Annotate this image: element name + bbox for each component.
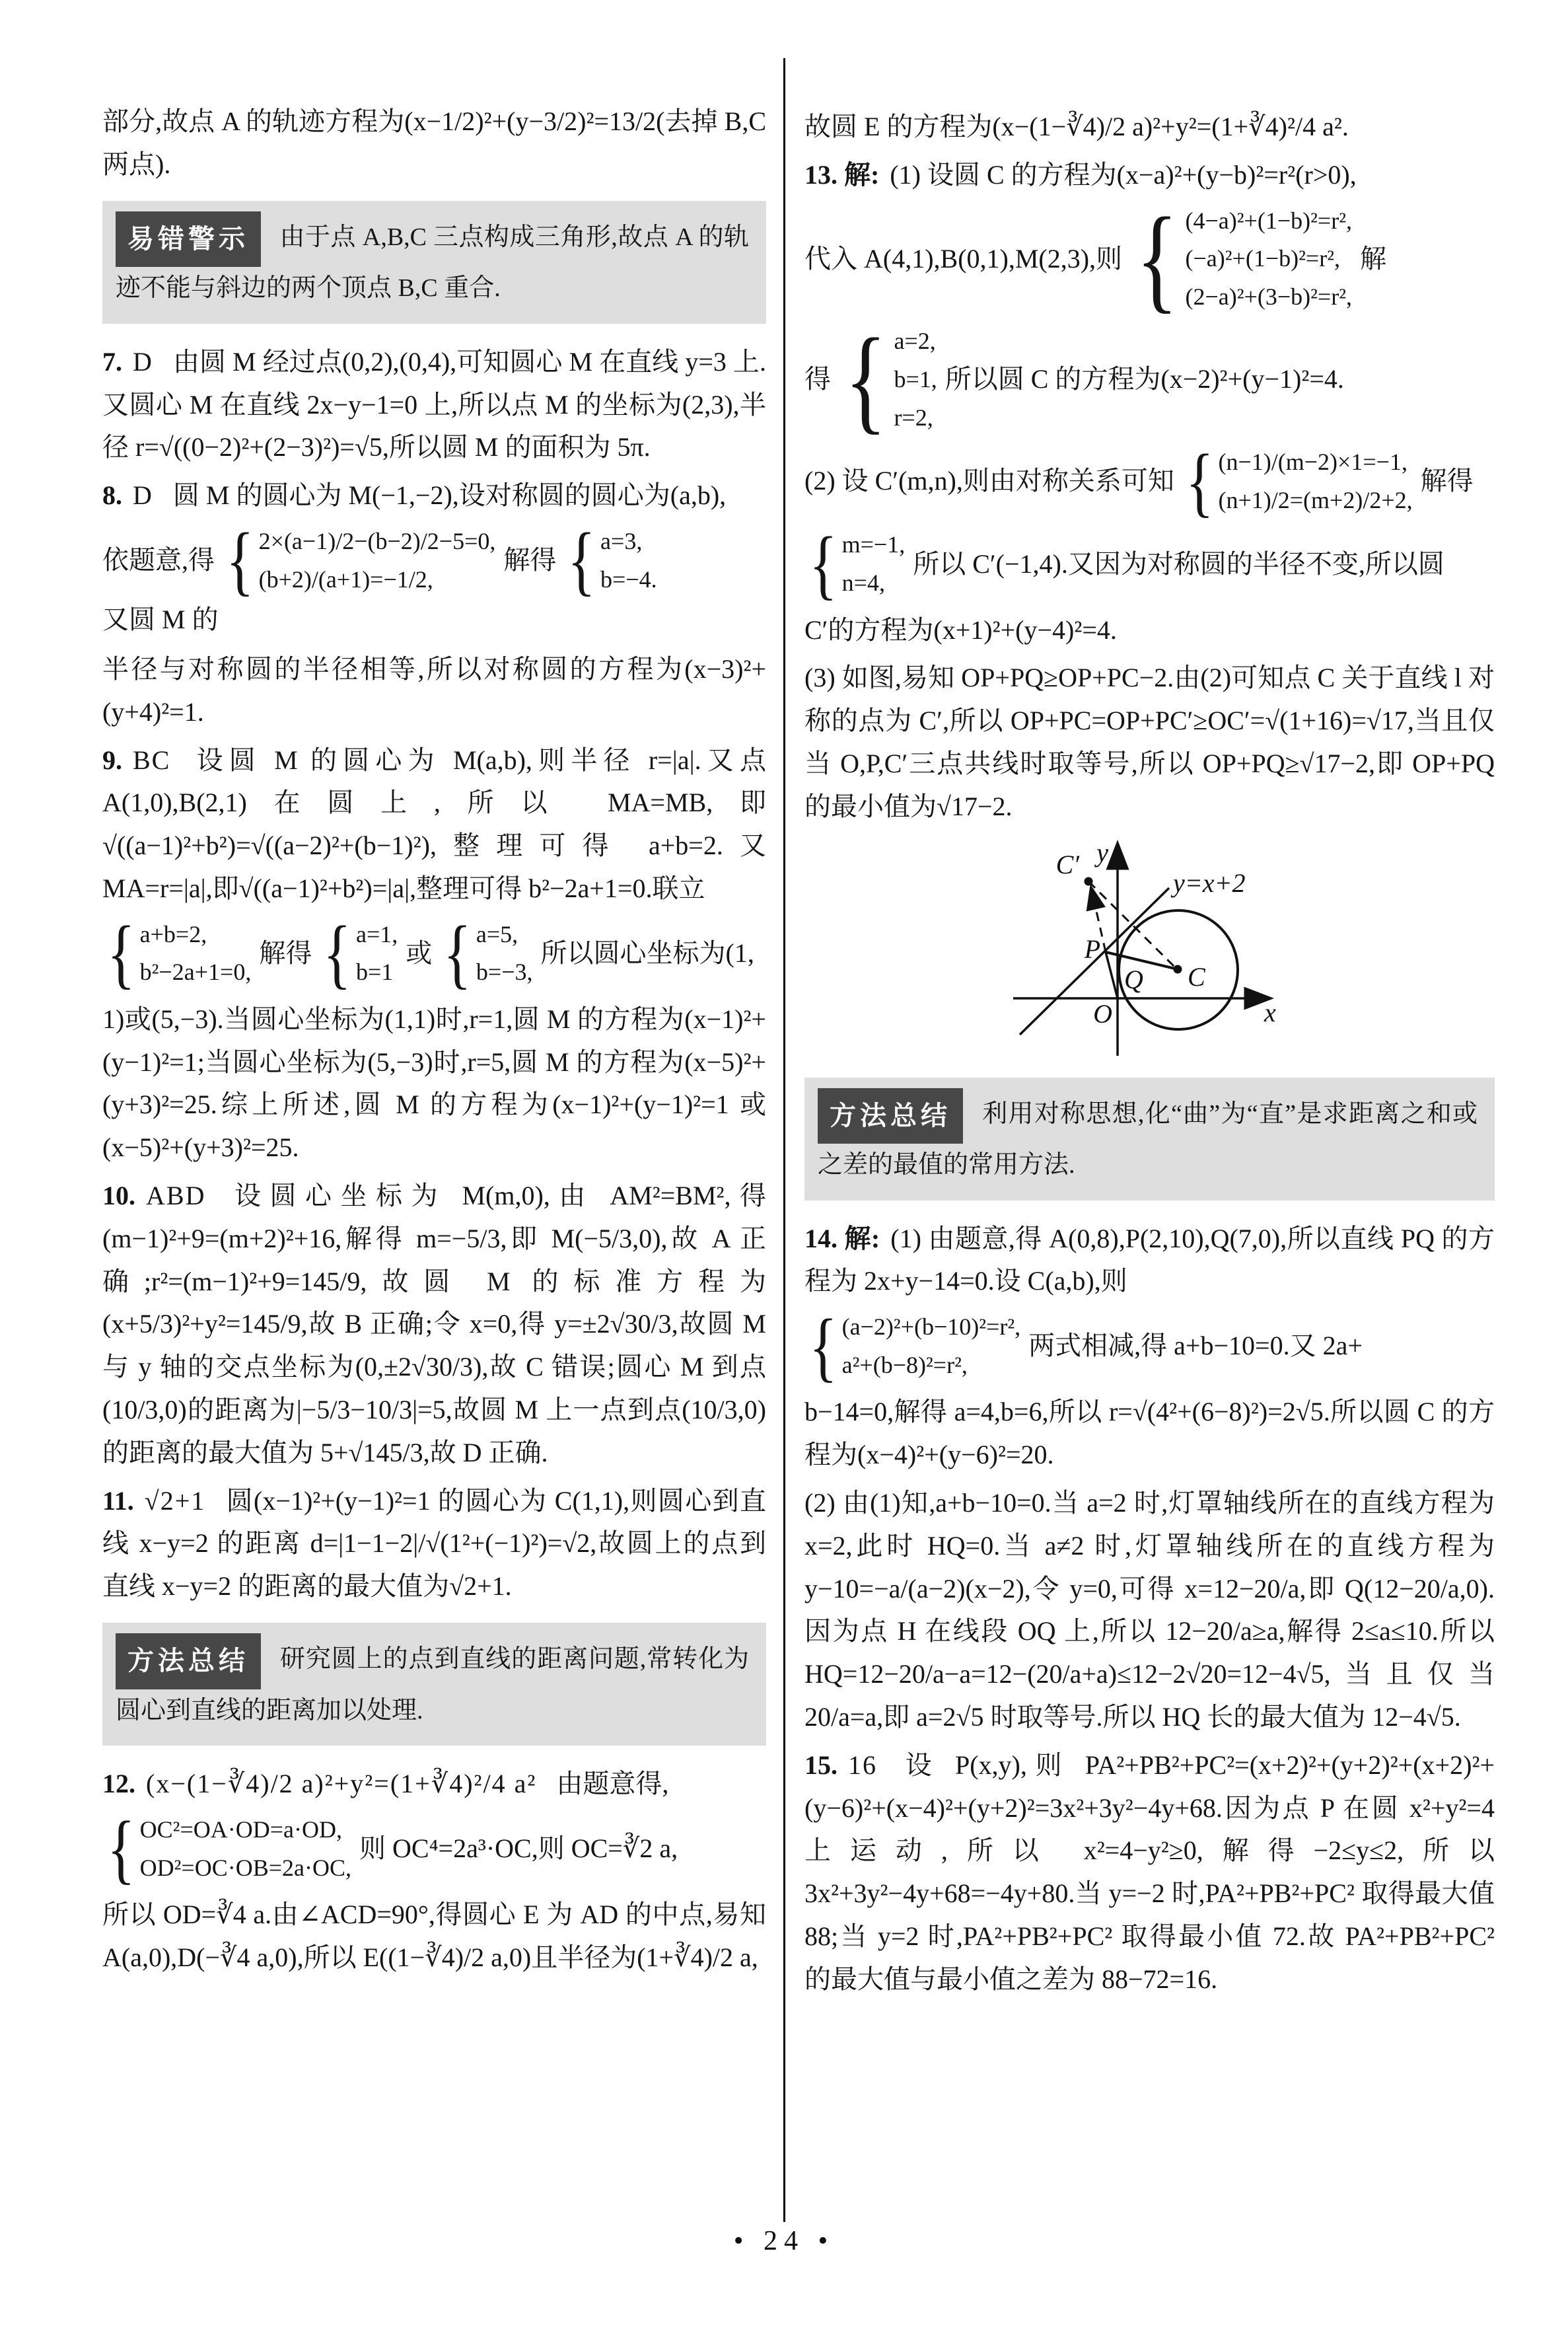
equation-system: {a=3,b=−4. <box>563 523 657 599</box>
item-number: 12. <box>102 1769 135 1798</box>
equation-system: {OC²=OA·OD=a·OD,OD²=OC·OB=2a·OC, <box>102 1811 351 1887</box>
equation: a=5, <box>476 916 533 954</box>
solution-text: 圆 M 的圆心为 M(−1,−2),设对称圆的圆心为(a,b), <box>173 480 726 510</box>
equation-system: {2×(a−1)/2−(b−2)/2−5=0,(b+2)/(a+1)=−1/2, <box>221 523 495 599</box>
y-axis-label: y <box>1094 838 1108 867</box>
equations: a=5,b=−3, <box>476 916 533 992</box>
math-row: {a+b=2,b²−2a+1=0,解得{a=1,b=1或{a=5,b=−3,所以… <box>102 916 766 992</box>
paragraph: 9.BC设圆 M 的圆心为 M(a,b),则半径 r=|a|.又点 A(1,0)… <box>102 739 766 910</box>
math-row: (2) 设 C′(m,n),则由对称关系可知{(n−1)/(m−2)×1=−1,… <box>804 443 1495 519</box>
brace: { <box>1136 209 1178 309</box>
solution-text: 由圆 M 经过点(0,2),(0,4),可知圆心 M 在直线 y=3 上.又圆心… <box>102 347 766 462</box>
row-text: 或 <box>406 932 432 975</box>
solution-text: 所以 OD=∛4 a.由∠ACD=90°,得圆心 E 为 AD 的中点,易知 A… <box>102 1900 766 1972</box>
paragraph: 10.ABD设圆心坐标为 M(m,0),由 AM²=BM²,得(m−1)²+9=… <box>102 1175 766 1475</box>
item-number: 7. <box>102 347 122 377</box>
paragraph: 7.D由圆 M 经过点(0,2),(0,4),可知圆心 M 在直线 y=3 上.… <box>102 341 766 469</box>
equation: OD²=OC·OB=2a·OC, <box>140 1849 351 1888</box>
equation: m=−1, <box>842 526 906 564</box>
math-row: 依题意,得{2×(a−1)/2−(b−2)/2−5=0,(b+2)/(a+1)=… <box>102 523 766 642</box>
equation: (n+1)/2=(m+2)/2+2, <box>1218 482 1412 520</box>
equations: (a−2)²+(b−10)²=r²,a²+(b−8)²=r², <box>842 1308 1021 1384</box>
paragraph: (3) 如图,易知 OP+PQ≥OP+PC−2.由(2)可知点 C 关于直线 l… <box>804 657 1495 828</box>
equation: a=1, <box>356 916 398 954</box>
row-text: (2) 设 C′(m,n),则由对称关系可知 <box>804 460 1174 503</box>
row-text: 所以 C′(−1,4).又因为对称圆的半径不变,所以圆 <box>913 543 1444 586</box>
solution-text: (2) 由(1)知,a+b−10=0.当 a=2 时,灯罩轴线所在的直线方程为 … <box>804 1488 1495 1732</box>
c-label: C <box>1188 962 1206 992</box>
item-number: 8. <box>102 480 122 510</box>
equation-system: {(a−2)²+(b−10)²=r²,a²+(b−8)²=r², <box>804 1308 1020 1384</box>
item-number: 15. <box>804 1750 837 1780</box>
brace: { <box>845 330 887 429</box>
solution-text: 由题意得, <box>556 1769 668 1798</box>
row-text: 解得 <box>503 539 556 582</box>
equation-system: {(n−1)/(m−2)×1=−1,(n+1)/2=(m+2)/2+2, <box>1181 443 1413 519</box>
paragraph: 13. 解:(1) 设圆 C 的方程为(x−a)²+(y−b)²=r²(r>0)… <box>804 154 1495 197</box>
row-text: 解得 <box>1421 460 1474 503</box>
equations: a=1,b=1 <box>356 916 398 992</box>
equations: OC²=OA·OD=a·OD,OD²=OC·OB=2a·OC, <box>140 1811 351 1887</box>
paragraph: 8.D圆 M 的圆心为 M(−1,−2),设对称圆的圆心为(a,b), <box>102 474 766 517</box>
math-row: 代入 A(4,1),B(0,1),M(2,3),则{(4−a)²+(1−b)²=… <box>804 202 1495 316</box>
equation: (b+2)/(a+1)=−1/2, <box>259 561 496 599</box>
p-label: P <box>1083 934 1100 964</box>
equation-system: {a=2,b=1,r=2, <box>837 322 937 437</box>
math-row: {m=−1,n=4,所以 C′(−1,4).又因为对称圆的半径不变,所以圆 <box>804 526 1495 602</box>
equation: b=1, <box>894 361 937 399</box>
item-number: 13. 解: <box>804 160 879 190</box>
paragraph: 15.16设 P(x,y),则 PA²+PB²+PC²=(x+2)²+(y+2)… <box>804 1744 1495 2001</box>
row-text: 所以圆 C 的方程为(x−2)²+(y−1)²=4. <box>945 358 1344 401</box>
right-column: 故圆 E 的方程为(x−(1−∛4)/2 a)²+y²=(1+∛4)²/4 a²… <box>804 106 1495 2007</box>
q-label: Q <box>1124 965 1143 994</box>
equation-system: {(4−a)²+(1−b)²=r²,(−a)²+(1−b)²=r²,(2−a)²… <box>1129 202 1352 316</box>
brace: { <box>107 920 135 986</box>
equations: m=−1,n=4, <box>842 526 906 602</box>
paragraph: C′的方程为(x+1)²+(y−4)²=4. <box>804 609 1495 652</box>
equation: a²+(b−8)²=r², <box>842 1347 1021 1385</box>
row-text: 则 OC⁴=2a³·OC,则 OC=∛2 a, <box>359 1827 678 1870</box>
brace: { <box>809 531 837 597</box>
equation: (a−2)²+(b−10)²=r², <box>842 1308 1021 1347</box>
row-text: 得 <box>804 358 831 401</box>
paragraph: 所以 OD=∛4 a.由∠ACD=90°,得圆心 E 为 AD 的中点,易知 A… <box>102 1894 766 1979</box>
math-row: 得{a=2,b=1,r=2,所以圆 C 的方程为(x−2)²+(y−1)²=4. <box>804 322 1495 437</box>
answer: (x−(1−∛4)/2 a)²+y²=(1+∛4)²/4 a² <box>146 1769 536 1798</box>
equation: b=1 <box>356 953 398 992</box>
paragraph: 1)或(5,−3).当圆心坐标为(1,1)时,r=1,圆 M 的方程为(x−1)… <box>102 998 766 1169</box>
equation: b=−3, <box>476 953 533 992</box>
equations: a+b=2,b²−2a+1=0, <box>140 916 252 992</box>
solution-text: 设 P(x,y),则 PA²+PB²+PC²=(x+2)²+(y+2)²+(x+… <box>804 1750 1495 1994</box>
brace: { <box>1186 449 1213 515</box>
equation: (4−a)²+(1−b)²=r², <box>1186 202 1353 240</box>
answer: 16 <box>848 1750 877 1780</box>
paragraph: 14. 解:(1) 由题意,得 A(0,8),P(2,10),Q(7,0),所以… <box>804 1218 1495 1304</box>
row-text: 解 <box>1360 238 1386 281</box>
equation-system: {a+b=2,b²−2a+1=0, <box>102 916 251 992</box>
row-text: 两式相减,得 a+b−10=0.又 2a+ <box>1028 1325 1363 1368</box>
equation-system: {m=−1,n=4, <box>804 526 905 602</box>
answer: D <box>133 480 153 510</box>
equations: a=3,b=−4. <box>600 523 657 599</box>
equation-system: {a=5,b=−3, <box>439 916 532 992</box>
solution-text: 故圆 E 的方程为(x−(1−∛4)/2 a)²+y²=(1+∛4)²/4 a²… <box>804 112 1349 141</box>
equation: OC²=OA·OD=a·OD, <box>140 1811 351 1849</box>
row-text: 依题意,得 <box>102 539 215 582</box>
math-row: {(a−2)²+(b−10)²=r²,a²+(b−8)²=r²,两式相减,得 a… <box>804 1308 1495 1384</box>
equation: n=4, <box>842 564 906 603</box>
paragraph: (2) 由(1)知,a+b−10=0.当 a=2 时,灯罩轴线所在的直线方程为 … <box>804 1482 1495 1739</box>
answer: D <box>133 347 153 377</box>
point-c <box>1173 965 1182 973</box>
equation: (n−1)/(m−2)×1=−1, <box>1218 443 1412 482</box>
paragraph: 半径与对称圆的半径相等,所以对称圆的方程为(x−3)²+(y+4)²=1. <box>102 648 766 734</box>
tip-box: 方法总结研究圆上的点到直线的距离问题,常转化为圆心到直线的距离加以处理. <box>102 1623 766 1746</box>
paragraph: b−14=0,解得 a=4,b=6,所以 r=√(4²+(6−8)²)=2√5.… <box>804 1391 1495 1477</box>
brace: { <box>809 1313 837 1380</box>
solution-text: 设圆 M 的圆心为 M(a,b),则半径 r=|a|.又点 A(1,0),B(2… <box>102 745 766 903</box>
equation: a=3, <box>600 523 657 561</box>
brace: { <box>443 920 471 986</box>
origin-label: O <box>1093 999 1112 1029</box>
brace: { <box>567 527 595 593</box>
solution-text: (1) 设圆 C 的方程为(x−a)²+(y−b)²=r²(r>0), <box>890 160 1356 190</box>
item-number: 14. 解: <box>804 1224 880 1253</box>
answer: √2+1 <box>145 1486 206 1516</box>
tip-title: 方法总结 <box>818 1088 963 1144</box>
brace: { <box>107 1816 135 1882</box>
solution-text: (3) 如图,易知 OP+PQ≥OP+PC−2.由(2)可知点 C 关于直线 l… <box>804 663 1495 821</box>
left-column: 部分,故点 A 的轨迹方程为(x−1/2)²+(y−3/2)²=13/2(去掉 … <box>102 100 766 1985</box>
paragraph: 故圆 E 的方程为(x−(1−∛4)/2 a)²+y²=(1+∛4)²/4 a²… <box>804 106 1495 149</box>
page-number: • 24 • <box>0 2225 1568 2257</box>
equation: b=−4. <box>600 561 657 599</box>
equation: (−a)²+(1−b)²=r², <box>1186 240 1353 278</box>
point-c-prime <box>1084 877 1092 885</box>
x-axis-label: x <box>1264 998 1276 1027</box>
line-equation-label: y=x+2 <box>1170 868 1246 898</box>
tip-box: 方法总结利用对称思想,化“曲”为“直”是求距离之和或之差的最值的常用方法. <box>804 1078 1495 1200</box>
equation-system: {a=1,b=1 <box>318 916 398 992</box>
solution-text: (1) 由题意,得 A(0,8),P(2,10),Q(7,0),所以直线 PQ … <box>804 1224 1495 1296</box>
row-text: 解得 <box>259 932 312 975</box>
equation: r=2, <box>894 399 937 437</box>
equations: (n−1)/(m−2)×1=−1,(n+1)/2=(m+2)/2+2, <box>1218 443 1412 519</box>
tip-box: 易错警示由于点 A,B,C 三点构成三角形,故点 A 的轨迹不能与斜边的两个顶点… <box>102 201 766 324</box>
equation: a=2, <box>894 322 937 361</box>
paragraph: 12.(x−(1−∛4)/2 a)²+y²=(1+∛4)²/4 a²由题意得, <box>102 1763 766 1806</box>
solution-text: C′的方程为(x+1)²+(y−4)²=4. <box>804 615 1117 645</box>
c-prime-label: C′ <box>1055 850 1080 879</box>
equations: a=2,b=1,r=2, <box>894 322 937 437</box>
row-text: 代入 A(4,1),B(0,1),M(2,3),则 <box>804 238 1122 281</box>
solution-text: 半径与对称圆的半径相等,所以对称圆的方程为(x−3)²+(y+4)²=1. <box>102 654 766 727</box>
paragraph: 部分,故点 A 的轨迹方程为(x−1/2)²+(y−3/2)²=13/2(去掉 … <box>102 100 766 186</box>
solution-text: 设圆心坐标为 M(m,0),由 AM²=BM²,得(m−1)²+9=(m+2)²… <box>102 1181 766 1467</box>
item-number: 11. <box>102 1486 134 1516</box>
equation: a+b=2, <box>140 916 252 954</box>
item-number: 9. <box>102 745 122 775</box>
equations: (4−a)²+(1−b)²=r²,(−a)²+(1−b)²=r²,(2−a)²+… <box>1186 202 1353 316</box>
segment-o-p <box>1106 952 1118 998</box>
tip-title: 易错警示 <box>116 211 261 268</box>
equation: b²−2a+1=0, <box>140 953 252 992</box>
geometry-figure: y x O C′ P Q C y=x+2 <box>1008 835 1292 1063</box>
equation: (2−a)²+(3−b)²=r², <box>1186 278 1353 316</box>
equations: 2×(a−1)/2−(b−2)/2−5=0,(b+2)/(a+1)=−1/2, <box>259 523 496 599</box>
solution-text: 部分,故点 A 的轨迹方程为(x−1/2)²+(y−3/2)²=13/2(去掉 … <box>102 106 766 179</box>
row-text: 所以圆心坐标为(1, <box>541 932 754 975</box>
column-divider <box>783 58 785 2222</box>
math-row: {OC²=OA·OD=a·OD,OD²=OC·OB=2a·OC,则 OC⁴=2a… <box>102 1811 766 1887</box>
solution-text: b−14=0,解得 a=4,b=6,所以 r=√(4²+(6−8)²)=2√5.… <box>804 1397 1495 1469</box>
brace: { <box>323 920 351 986</box>
item-number: 10. <box>102 1181 135 1210</box>
solution-text: 1)或(5,−3).当圆心坐标为(1,1)时,r=1,圆 M 的方程为(x−1)… <box>102 1004 766 1162</box>
answer: BC <box>133 745 170 775</box>
answer: ABD <box>146 1181 205 1210</box>
paragraph: 11.√2+1圆(x−1)²+(y−1)²=1 的圆心为 C(1,1),则圆心到… <box>102 1480 766 1608</box>
row-text: 又圆 M 的 <box>102 599 219 642</box>
brace: { <box>226 527 254 593</box>
equation: 2×(a−1)/2−(b−2)/2−5=0, <box>259 523 496 561</box>
tip-title: 方法总结 <box>116 1633 261 1689</box>
